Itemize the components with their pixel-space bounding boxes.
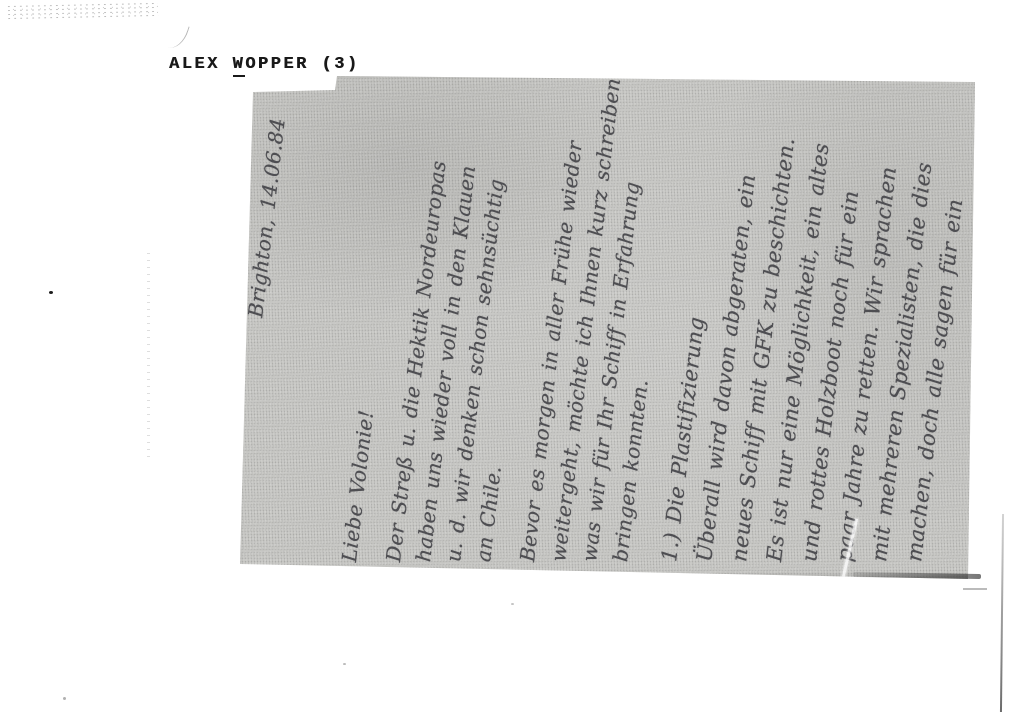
letter-date: Brighton, 14.06.84: [215, 79, 294, 569]
letter-paper: Brighton, 14.06.84 Liebe Volonie! Der St…: [238, 74, 978, 580]
stray-pencil-mark: [168, 22, 189, 51]
header-text-suffix: OPPER (3): [245, 55, 359, 74]
document-header: ALEX WOPPER (3): [169, 55, 360, 74]
paper-edge-shadow: [853, 572, 981, 579]
scan-edge-artifact: [1000, 514, 1004, 712]
header-text-prefix: ALEX: [169, 55, 233, 74]
scan-noise-strip: [6, 1, 158, 19]
scan-speck: [343, 663, 346, 665]
scan-speck: [511, 603, 514, 605]
scan-noise-column: [147, 253, 150, 463]
letter-page-rotated: Brighton, 14.06.84 Liebe Volonie! Der St…: [248, 80, 975, 570]
header-underlined-letter: W: [233, 55, 246, 77]
scanned-page: ALEX WOPPER (3) Brighton, 14.06.84 Liebe…: [0, 0, 1012, 717]
letter-paragraph-3: 1.) Die Plastifizierung Überall wird dav…: [652, 80, 932, 570]
scan-speck: [63, 697, 66, 700]
scan-speck: [49, 291, 53, 294]
scan-dash-artifact: [963, 588, 987, 590]
